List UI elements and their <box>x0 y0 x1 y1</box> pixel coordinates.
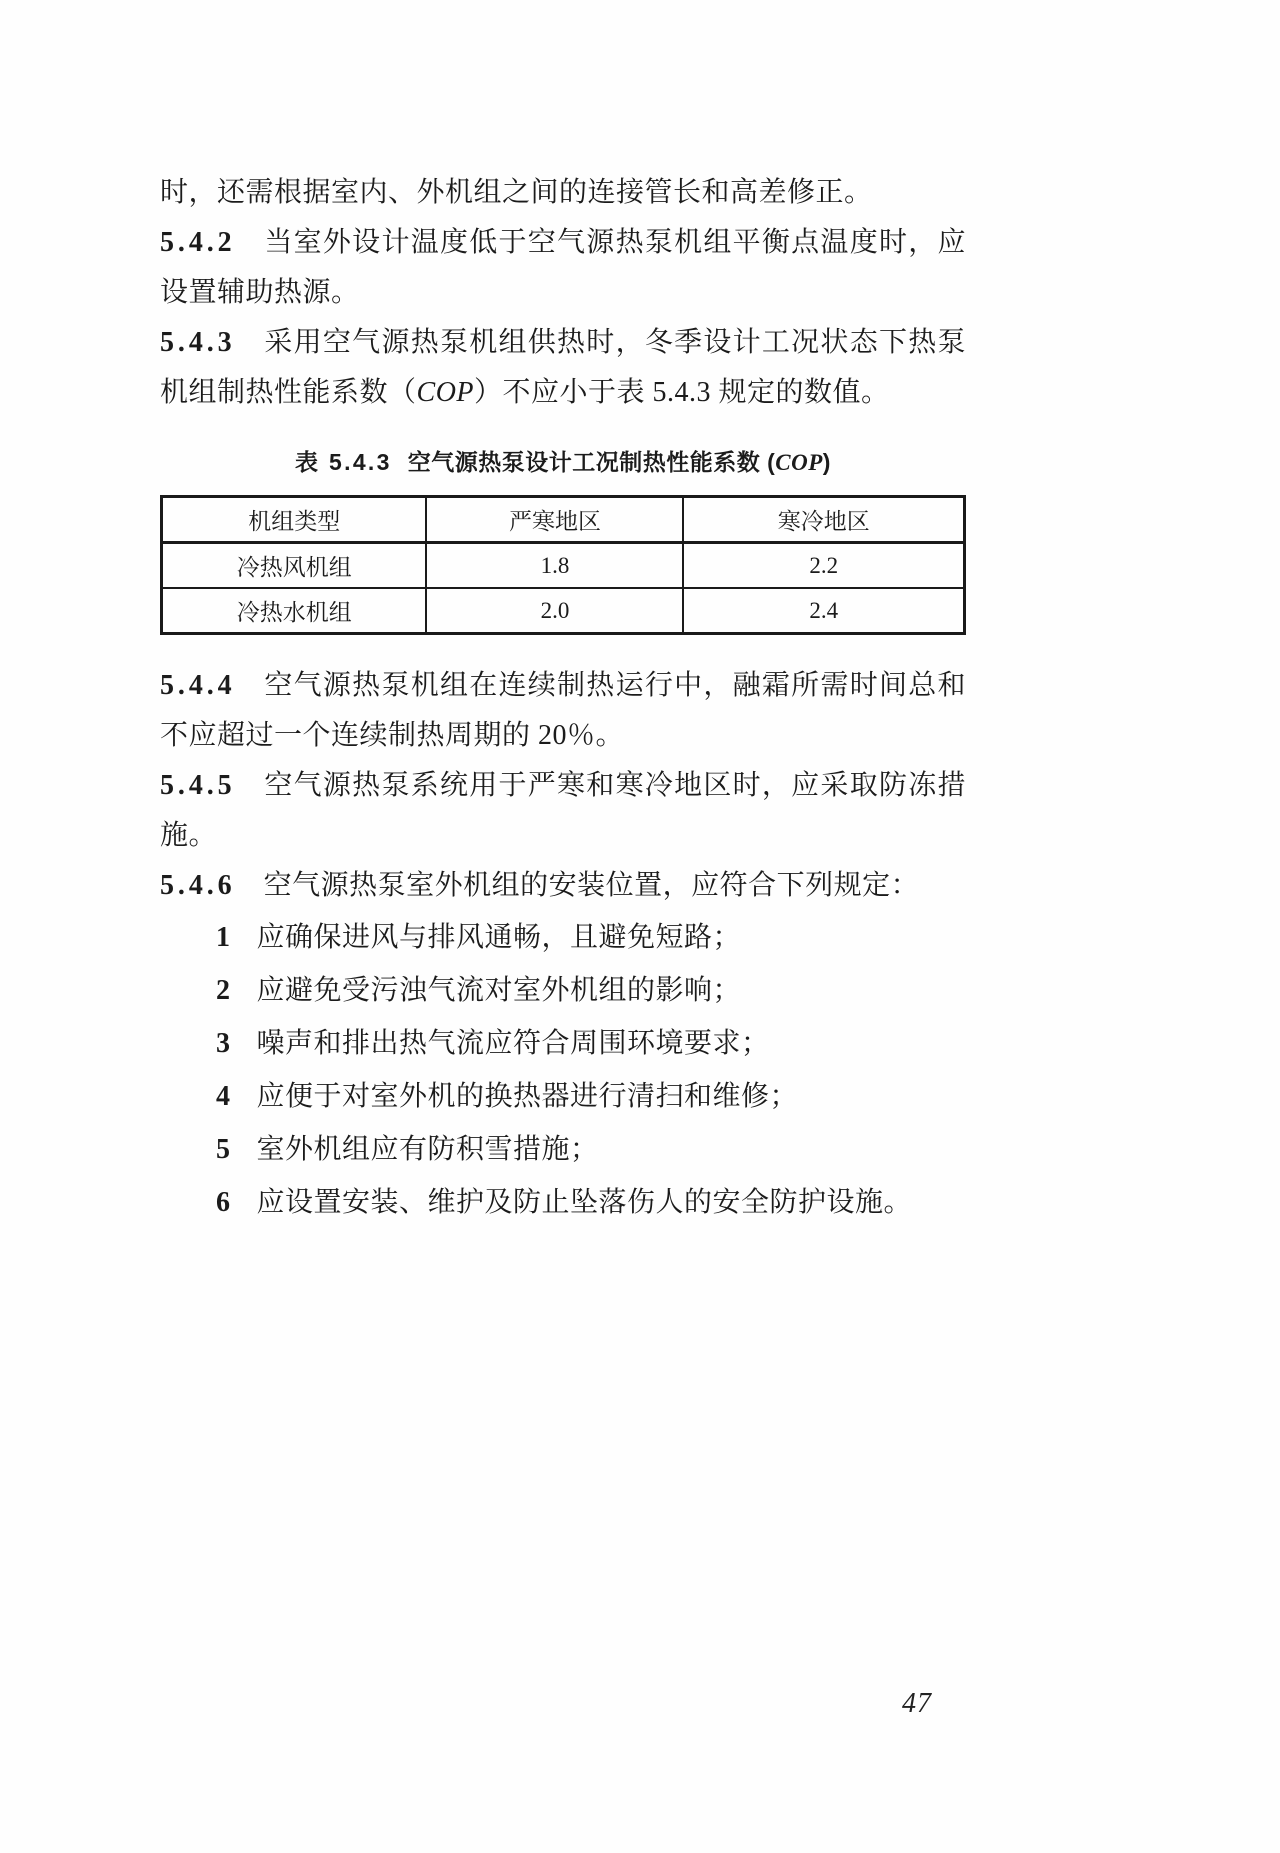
clause-5-4-2: 5.4.2当室外设计温度低于空气源热泵机组平衡点温度时，应设置辅助热源。 <box>160 218 966 318</box>
table-caption: 表 5.4.3空气源热泵设计工况制热性能系数 (COP) <box>160 444 966 481</box>
clause-5-4-2-number: 5.4.2 <box>160 227 236 258</box>
list-item-number: 4 <box>216 1081 231 1112</box>
table-cell-value: 1.8 <box>426 543 683 589</box>
clause-5-4-3-number: 5.4.3 <box>160 327 236 358</box>
clause-5-4-4-text: 空气源热泵机组在连续制热运行中，融霜所需时间总和不应超过一个连续制热周期的 20… <box>160 670 966 751</box>
list-item-text: 室外机组应有防积雪措施； <box>257 1134 599 1165</box>
document-page: 时，还需根据室内、外机组之间的连接管长和高差修正。 5.4.2当室外设计温度低于… <box>0 0 1280 1853</box>
clause-5-4-6-list: 1应确保进风与排风通畅，且避免短路； 2应避免受污浊气流对室外机组的影响； 3噪… <box>160 911 966 1229</box>
table-caption-cop: COP <box>775 450 823 475</box>
clause-5-4-6-number: 5.4.6 <box>160 870 236 901</box>
table-row: 冷热风机组 1.8 2.2 <box>162 543 965 589</box>
table-caption-end: ) <box>823 449 831 475</box>
table-header-unit-type: 机组类型 <box>162 497 427 543</box>
list-item: 4应便于对室外机的换热器进行清扫和维修； <box>216 1070 966 1123</box>
list-item-number: 1 <box>216 922 231 953</box>
table-row: 冷热水机组 2.0 2.4 <box>162 588 965 634</box>
clause-5-4-3-cop: COP <box>417 377 475 408</box>
list-item: 1应确保进风与排风通畅，且避免短路； <box>216 911 966 964</box>
paragraph-continuation-text: 时，还需根据室内、外机组之间的连接管长和高差修正。 <box>160 177 873 208</box>
list-item-number: 3 <box>216 1028 231 1059</box>
list-item: 5室外机组应有防积雪措施； <box>216 1123 966 1176</box>
list-item-number: 2 <box>216 975 231 1006</box>
table-cell-unit-type: 冷热风机组 <box>162 543 427 589</box>
clause-5-4-3: 5.4.3采用空气源热泵机组供热时，冬季设计工况状态下热泵机组制热性能系数（CO… <box>160 318 966 418</box>
page-number: 47 <box>902 1688 932 1720</box>
table-header-severe-cold: 严寒地区 <box>426 497 683 543</box>
list-item-number: 6 <box>216 1187 231 1218</box>
paragraph-continuation: 时，还需根据室内、外机组之间的连接管长和高差修正。 <box>160 168 966 218</box>
list-item: 3噪声和排出热气流应符合周围环境要求； <box>216 1017 966 1070</box>
clause-5-4-4-number: 5.4.4 <box>160 670 236 701</box>
clause-5-4-4: 5.4.4空气源热泵机组在连续制热运行中，融霜所需时间总和不应超过一个连续制热周… <box>160 661 966 761</box>
clause-5-4-5-text: 空气源热泵系统用于严寒和寒冷地区时，应采取防冻措施。 <box>160 770 966 851</box>
table-cell-value: 2.0 <box>426 588 683 634</box>
list-item-text: 应确保进风与排风通畅，且避免短路； <box>257 922 742 953</box>
clause-5-4-5: 5.4.5空气源热泵系统用于严寒和寒冷地区时，应采取防冻措施。 <box>160 761 966 861</box>
table-header-cold: 寒冷地区 <box>683 497 964 543</box>
list-item-text: 应便于对室外机的换热器进行清扫和维修； <box>257 1081 799 1112</box>
text-block: 时，还需根据室内、外机组之间的连接管长和高差修正。 5.4.2当室外设计温度低于… <box>160 168 966 1229</box>
table-caption-number: 表 5.4.3 <box>295 449 392 475</box>
list-item-text: 应设置安装、维护及防止坠落伤人的安全防护设施。 <box>257 1187 913 1218</box>
list-item: 2应避免受污浊气流对室外机组的影响； <box>216 964 966 1017</box>
list-item-text: 应避免受污浊气流对室外机组的影响； <box>257 975 742 1006</box>
clause-5-4-6-text: 空气源热泵室外机组的安装位置，应符合下列规定： <box>264 870 920 901</box>
list-item-number: 5 <box>216 1134 231 1165</box>
clause-5-4-3-text-post: ）不应小于表 5.4.3 规定的数值。 <box>474 377 890 408</box>
table-header-row: 机组类型 严寒地区 寒冷地区 <box>162 497 965 543</box>
list-item-text: 噪声和排出热气流应符合周围环境要求； <box>257 1028 770 1059</box>
cop-table: 机组类型 严寒地区 寒冷地区 冷热风机组 1.8 2.2 冷热水机组 2.0 2… <box>160 495 966 635</box>
clause-5-4-2-text: 当室外设计温度低于空气源热泵机组平衡点温度时，应设置辅助热源。 <box>160 227 966 308</box>
table-cell-unit-type: 冷热水机组 <box>162 588 427 634</box>
clause-5-4-5-number: 5.4.5 <box>160 770 236 801</box>
table-caption-title: 空气源热泵设计工况制热性能系数 ( <box>408 449 776 475</box>
clause-5-4-6: 5.4.6空气源热泵室外机组的安装位置，应符合下列规定： <box>160 861 966 911</box>
table-cell-value: 2.2 <box>683 543 964 589</box>
list-item: 6应设置安装、维护及防止坠落伤人的安全防护设施。 <box>216 1176 966 1229</box>
table-cell-value: 2.4 <box>683 588 964 634</box>
